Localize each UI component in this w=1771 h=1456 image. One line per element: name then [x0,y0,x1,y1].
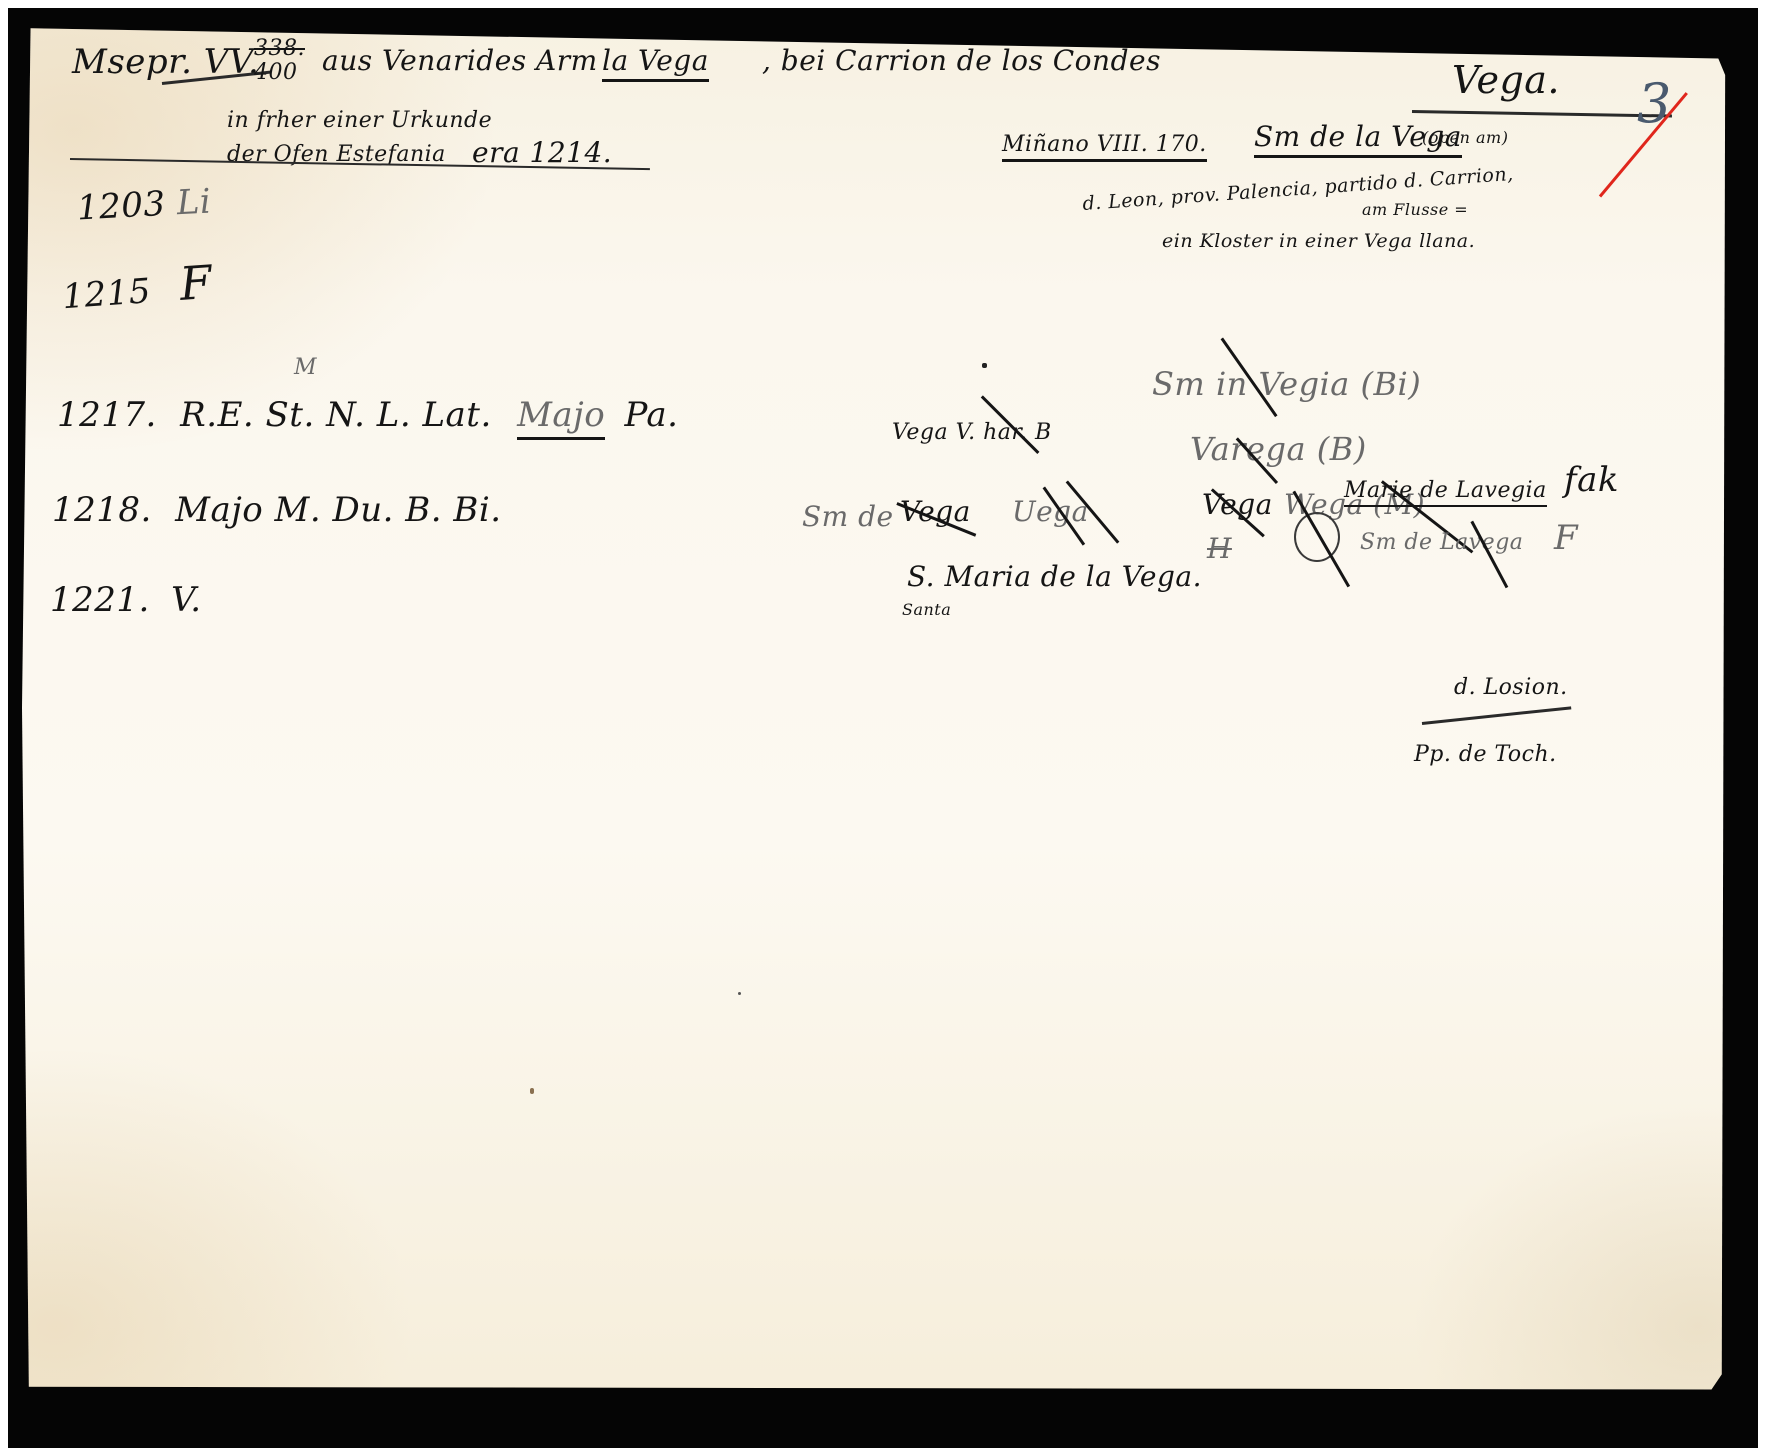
right-note-line4: ein Kloster in einer Vega llana. [1162,230,1475,252]
variant-varega: Varega (B) [1190,430,1367,468]
right-note-source: Miñano VIII. 170. [1002,132,1207,162]
variant-f-cross: F [1554,518,1578,558]
footer-note-line2: Pp. de Toch. [1414,742,1557,767]
footer-note-line1: d. Losion. [1454,675,1568,700]
year-entry-1215: 1215 F [60,255,214,319]
year-entry-1203: 1203 Li [76,182,212,229]
variant-sm-de-lavega: Sm de Lavega [1360,530,1523,555]
folio-struck: 338. [254,36,305,61]
year-entry-1221: 1221. V. [50,580,202,620]
paper-speck [530,1088,534,1094]
variant-marie-de-lavegia: Marie de Lavegia [1344,478,1547,507]
superscript-mark: M [294,355,317,380]
year-entry-1218: 1218. Majo M. Du. B. Bi. [52,490,502,530]
right-note-paren: (open am) [1422,128,1508,147]
variant-fak: fak [1564,460,1619,500]
place-underlined: la Vega [602,44,709,82]
folio: 400 [254,60,298,85]
variant-s-maria: S. Maria de la Vega. [907,560,1202,593]
circle-mark [1294,512,1340,562]
card-number: 3 [1637,72,1672,135]
paper-speck [982,363,987,368]
paper-speck [738,992,741,995]
header-date: era 1214. [472,136,612,169]
keyword-heading: Vega. [1452,58,1560,102]
header-line1: aus Venarides Arm [322,44,598,77]
header-line1-rest: , bei Carrion de los Condes [762,44,1161,77]
variant-vega-right: Vega [1202,488,1273,521]
variant-h-struck: H [1207,532,1232,565]
header-line2: in frher einer Urkunde [227,108,492,133]
variant-vega-struck: Vega [900,495,971,528]
index-card: Msepr. VV. 338. 400 aus Venarides Arm la… [22,20,1732,1395]
year-entry-1217: 1217. R.E. St. N. L. Lat. Majo Pa. [57,395,678,435]
variant-santa: Santa [902,600,951,619]
right-note-line3: am Flusse = [1362,200,1468,219]
variant-sm-de: Sm de [802,500,894,533]
variant-sm-in-vegia: Sm in Vegia (Bi) [1152,365,1421,403]
